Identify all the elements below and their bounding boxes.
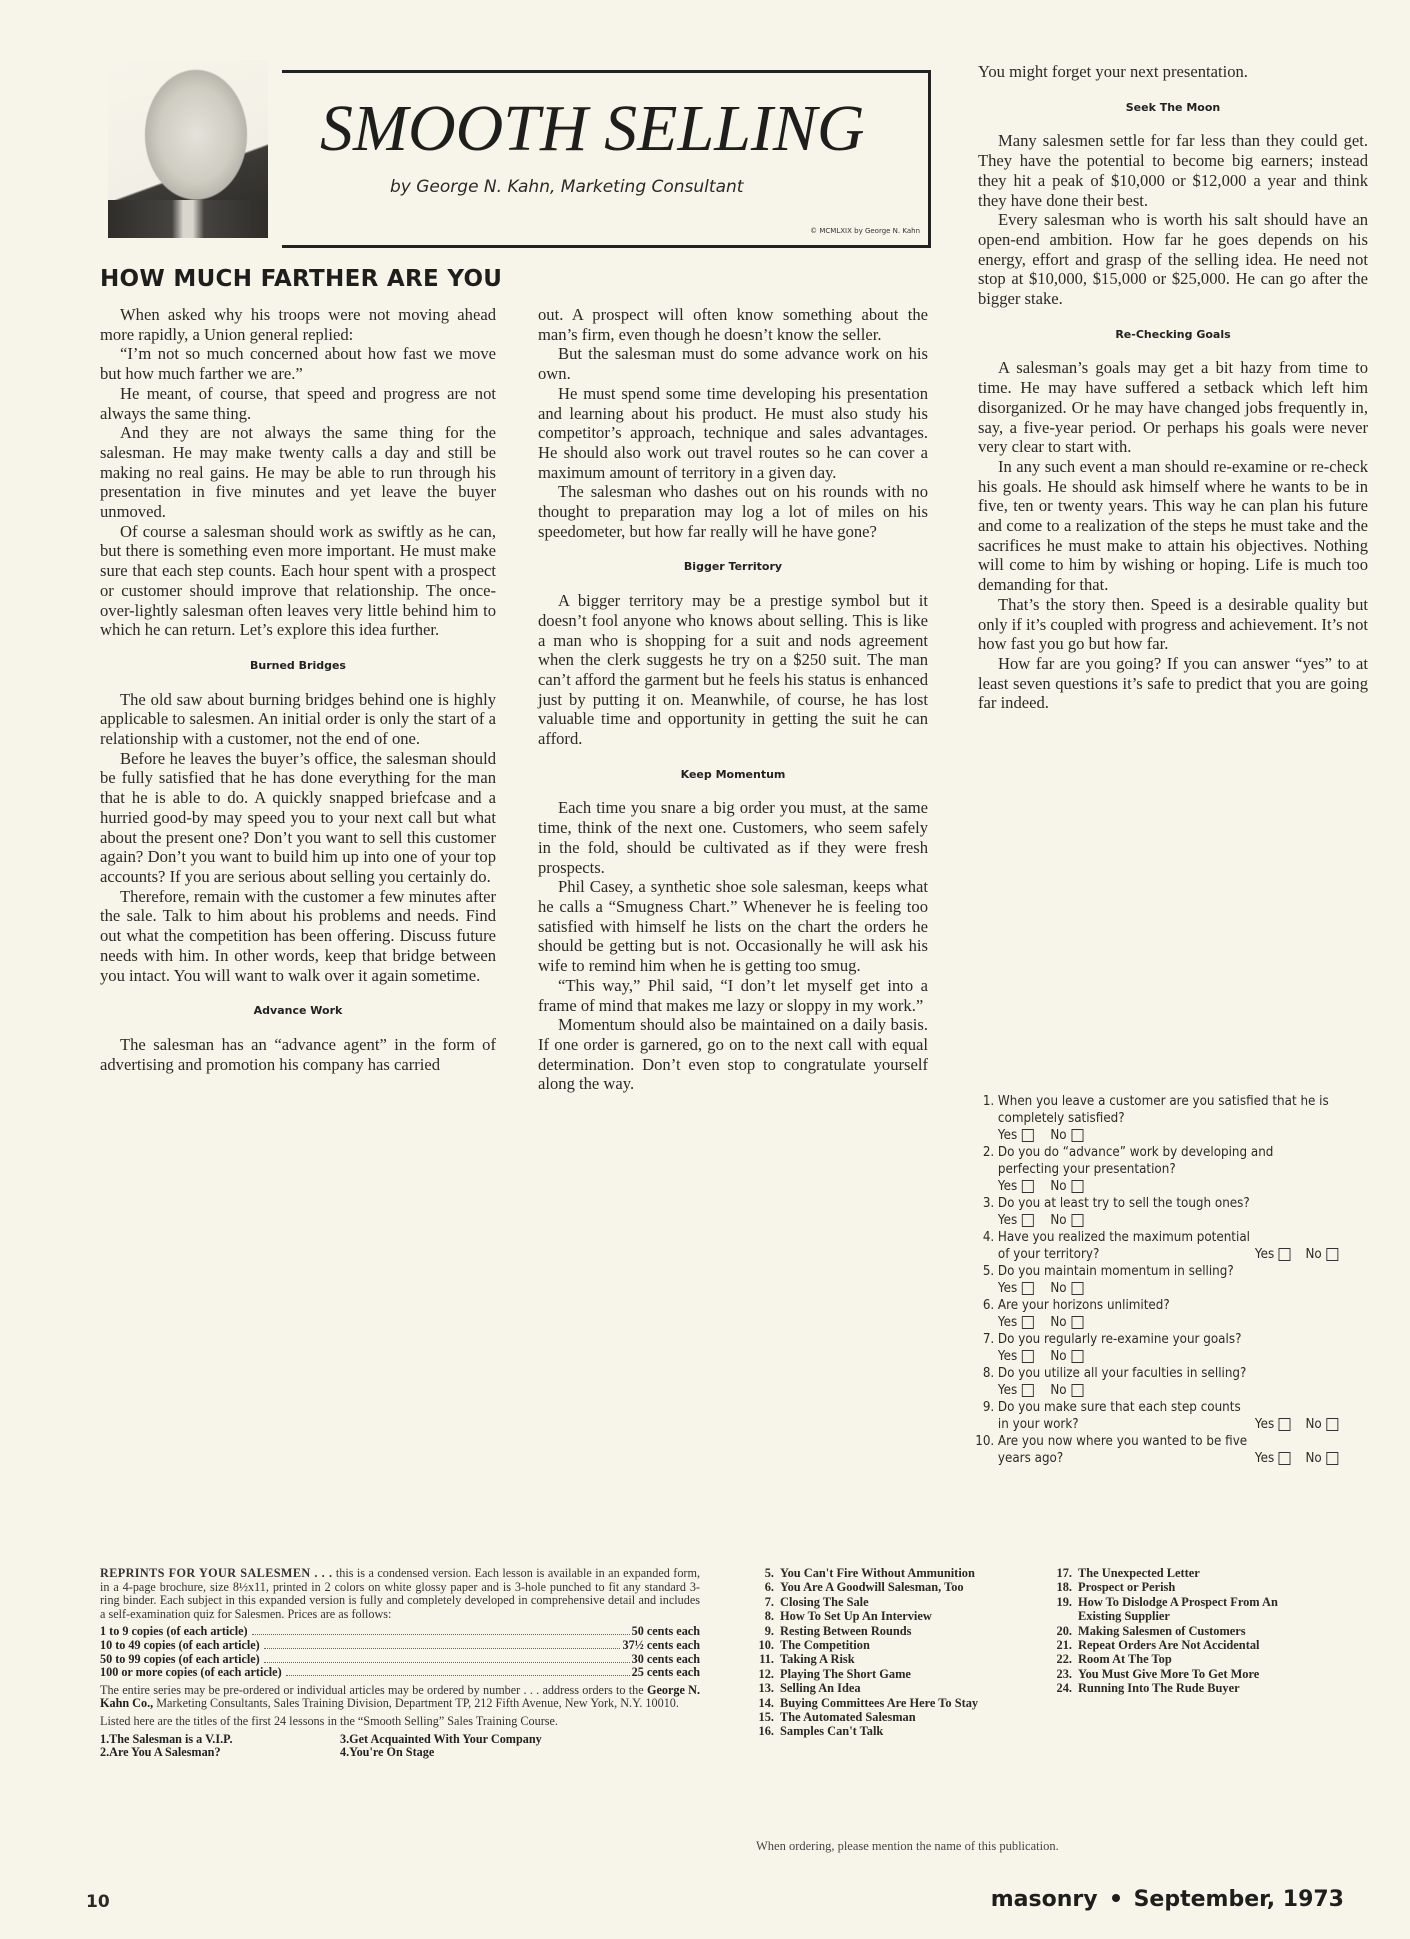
paragraph: Momentum should also be maintained on a … xyxy=(538,1015,928,1094)
yes-label: Yes xyxy=(998,1348,1017,1365)
lesson-title: The Salesman is a V.I.P. xyxy=(109,1732,232,1746)
paragraph: Many salesmen settle for far less than t… xyxy=(978,131,1368,210)
answer-row: YesNo xyxy=(998,1348,1338,1365)
publication-footer: masonrySeptember, 1973 xyxy=(991,1887,1344,1912)
no-label: No xyxy=(1050,1314,1066,1331)
lesson-title: You're On Stage xyxy=(349,1745,434,1759)
question-body: Do you at least try to sell the tough on… xyxy=(998,1195,1338,1229)
lesson-number: 20. xyxy=(1046,1624,1078,1638)
no-label: No xyxy=(1050,1382,1066,1399)
lesson-item: 14.Buying Committees Are Here To Stay xyxy=(748,1696,1008,1710)
question-text: Do you maintain momentum in selling? xyxy=(998,1263,1338,1280)
lesson-title: Get Acquainted With Your Company xyxy=(349,1732,542,1746)
paragraph: Every salesman who is worth his salt sho… xyxy=(978,210,1368,309)
paragraph: He meant, of course, that speed and prog… xyxy=(100,384,496,423)
lesson-number: 23. xyxy=(1046,1667,1078,1681)
dot-leader xyxy=(252,1634,630,1635)
lesson-number: 15. xyxy=(748,1710,780,1724)
lesson-number: 10. xyxy=(748,1638,780,1652)
yes-option: Yes xyxy=(1255,1450,1291,1467)
question-body: When you leave a customer are you satisf… xyxy=(998,1093,1338,1144)
lesson-title: You Must Give More To Get More xyxy=(1078,1667,1259,1681)
dot-leader xyxy=(264,1648,621,1649)
article-column-2: out. A prospect will often know somethin… xyxy=(538,305,928,1094)
question-body: Do you do “advance” work by developing a… xyxy=(998,1144,1338,1195)
price-row: 100 or more copies (of each article)25 c… xyxy=(100,1666,700,1680)
reprints-lead: REPRINTS FOR YOUR SALESMEN . . . xyxy=(100,1566,332,1580)
quantity-tier: 1 to 9 copies (of each article) xyxy=(100,1625,248,1639)
lessons-intro: Listed here are the titles of the first … xyxy=(100,1715,700,1729)
paragraph: Of course a salesman should work as swif… xyxy=(100,522,496,640)
lesson-title: The Competition xyxy=(780,1638,870,1652)
checkbox-no-q2[interactable] xyxy=(1071,1180,1083,1193)
section-heading: Burned Bridges xyxy=(100,656,496,676)
lesson-title: You Can't Fire Without Ammunition xyxy=(780,1566,975,1580)
checkbox-yes-q10[interactable] xyxy=(1279,1452,1291,1465)
lesson-number: 21. xyxy=(1046,1638,1078,1652)
no-option: No xyxy=(1050,1280,1083,1297)
answer-options: YesNo xyxy=(1255,1450,1338,1467)
checkbox-yes-q1[interactable] xyxy=(1022,1129,1034,1142)
yes-label: Yes xyxy=(998,1178,1017,1195)
answer-row: YesNo xyxy=(998,1280,1338,1297)
paragraph: A salesman’s goals may get a bit hazy fr… xyxy=(978,358,1368,457)
yes-option: Yes xyxy=(998,1127,1034,1144)
no-option: No xyxy=(1050,1382,1083,1399)
paragraph: “This way,” Phil said, “I don’t let myse… xyxy=(538,976,928,1015)
no-label: No xyxy=(1050,1178,1066,1195)
quantity-tier: 50 to 99 copies (of each article) xyxy=(100,1653,260,1667)
price-table: 1 to 9 copies (of each article)50 cents … xyxy=(100,1625,700,1679)
price-value: 30 cents each xyxy=(632,1653,700,1667)
question-text: in your work? xyxy=(998,1416,1079,1433)
paragraph: “I’m not so much concerned about how fas… xyxy=(100,344,496,383)
issue-date: September, 1973 xyxy=(1134,1887,1344,1912)
checkbox-no-q8[interactable] xyxy=(1071,1384,1083,1397)
question-body: Have you realized the maximum potentialo… xyxy=(998,1229,1338,1263)
checkbox-yes-q3[interactable] xyxy=(1022,1214,1034,1227)
question-text: Do you make sure that each step counts xyxy=(998,1399,1338,1416)
yes-label: Yes xyxy=(998,1382,1017,1399)
paragraph: You might forget your next presentation. xyxy=(978,62,1368,82)
checkbox-no-q4[interactable] xyxy=(1326,1248,1338,1261)
lesson-number: 18. xyxy=(1046,1580,1078,1594)
copyright-notice: © MCMLXIX by George N. Kahn xyxy=(810,227,920,235)
yes-label: Yes xyxy=(998,1280,1017,1297)
column-title: SMOOTH SELLING xyxy=(320,91,865,167)
yes-option: Yes xyxy=(998,1314,1034,1331)
paragraph: And they are not always the same thing f… xyxy=(100,423,496,522)
yes-option: Yes xyxy=(998,1348,1034,1365)
no-label: No xyxy=(1305,1246,1321,1263)
paragraph: In any such event a man should re-examin… xyxy=(978,457,1368,595)
lesson-number: 19. xyxy=(1046,1595,1078,1624)
yes-label: Yes xyxy=(1255,1450,1274,1467)
lesson-item: 11.Taking A Risk xyxy=(748,1652,1008,1666)
price-row: 50 to 99 copies (of each article)30 cent… xyxy=(100,1653,700,1667)
article-headline: HOW MUCH FARTHER ARE YOU xyxy=(100,266,502,292)
yes-option: Yes xyxy=(998,1280,1034,1297)
checkbox-yes-q9[interactable] xyxy=(1279,1418,1291,1431)
lesson-item: 9.Resting Between Rounds xyxy=(748,1624,1008,1638)
paragraph: Before he leaves the buyer’s office, the… xyxy=(100,749,496,887)
bullet-icon xyxy=(1112,1894,1120,1902)
question-number: 4. xyxy=(974,1229,998,1263)
ordering-note: When ordering, please mention the name o… xyxy=(756,1839,1059,1854)
question-body: Do you make sure that each step countsin… xyxy=(998,1399,1338,1433)
checkbox-yes-q7[interactable] xyxy=(1022,1350,1034,1363)
quiz-question: 4.Have you realized the maximum potentia… xyxy=(974,1229,1338,1263)
article-column-3: You might forget your next presentation.… xyxy=(978,62,1368,713)
yes-option: Yes xyxy=(1255,1246,1291,1263)
lesson-title: Room At The Top xyxy=(1078,1652,1172,1666)
quantity-tier: 100 or more copies (of each article) xyxy=(100,1666,282,1680)
no-label: No xyxy=(1305,1450,1321,1467)
no-option: No xyxy=(1305,1450,1338,1467)
section-heading: Bigger Territory xyxy=(538,557,928,577)
author-photo xyxy=(108,60,268,238)
lesson-item: 17.The Unexpected Letter xyxy=(1046,1566,1296,1580)
reprints-intro: REPRINTS FOR YOUR SALESMEN . . . this is… xyxy=(100,1567,700,1621)
paragraph: How far are you going? If you can answer… xyxy=(978,654,1368,713)
question-number: 6. xyxy=(974,1297,998,1331)
lesson-number: 9. xyxy=(748,1624,780,1638)
question-text: Have you realized the maximum potential xyxy=(998,1229,1338,1246)
yes-label: Yes xyxy=(998,1212,1017,1229)
quiz-question: 5.Do you maintain momentum in selling?Ye… xyxy=(974,1263,1338,1297)
answer-row: in your work?YesNo xyxy=(998,1416,1338,1433)
publication-name: masonry xyxy=(991,1887,1098,1912)
paragraph: out. A prospect will often know somethin… xyxy=(538,305,928,344)
lesson-number: 2. xyxy=(100,1745,109,1759)
lesson-number: 8. xyxy=(748,1609,780,1623)
yes-label: Yes xyxy=(1255,1246,1274,1263)
paragraph: Each time you snare a big order you must… xyxy=(538,798,928,877)
answer-options: YesNo xyxy=(1255,1246,1338,1263)
question-number: 8. xyxy=(974,1365,998,1399)
answer-row: YesNo xyxy=(998,1314,1338,1331)
lesson-title: You Are A Goodwill Salesman, Too xyxy=(780,1580,964,1594)
quiz-question: 7.Do you regularly re-examine your goals… xyxy=(974,1331,1338,1365)
checkbox-yes-q8[interactable] xyxy=(1022,1384,1034,1397)
quiz-question: 8.Do you utilize all your faculties in s… xyxy=(974,1365,1338,1399)
checkbox-yes-q6[interactable] xyxy=(1022,1316,1034,1329)
lesson-title: Running Into The Rude Buyer xyxy=(1078,1681,1240,1695)
lesson-number: 24. xyxy=(1046,1681,1078,1695)
lesson-item: 2.Are You A Salesman? xyxy=(100,1746,340,1760)
lesson-title: Are You A Salesman? xyxy=(109,1745,220,1759)
answer-row: YesNo xyxy=(998,1382,1338,1399)
question-text: Do you do “advance” work by developing a… xyxy=(998,1144,1338,1178)
paragraph: Phil Casey, a synthetic shoe sole salesm… xyxy=(538,877,928,976)
lesson-number: 11. xyxy=(748,1652,780,1666)
paragraph: The salesman who dashes out on his round… xyxy=(538,482,928,541)
lesson-item: 24.Running Into The Rude Buyer xyxy=(1046,1681,1296,1695)
lesson-title: Taking A Risk xyxy=(780,1652,855,1666)
masthead: SMOOTH SELLING by George N. Kahn, Market… xyxy=(282,70,931,248)
dot-leader xyxy=(264,1662,630,1663)
paragraph: When asked why his troops were not movin… xyxy=(100,305,496,344)
price-value: 25 cents each xyxy=(632,1666,700,1680)
quiz-question: 3.Do you at least try to sell the tough … xyxy=(974,1195,1338,1229)
lesson-number: 1. xyxy=(100,1732,109,1746)
lesson-list-5-16: 5.You Can't Fire Without Ammunition6.You… xyxy=(748,1566,1008,1739)
lesson-item: 18.Prospect or Perish xyxy=(1046,1580,1296,1594)
no-option: No xyxy=(1305,1416,1338,1433)
question-text: When you leave a customer are you satisf… xyxy=(998,1093,1338,1127)
question-body: Do you maintain momentum in selling?YesN… xyxy=(998,1263,1338,1297)
lesson-item: 10.The Competition xyxy=(748,1638,1008,1652)
quiz-question: 10.Are you now where you wanted to be fi… xyxy=(974,1433,1338,1467)
lesson-title: Prospect or Perish xyxy=(1078,1580,1175,1594)
section-heading: Advance Work xyxy=(100,1001,496,1021)
question-body: Are your horizons unlimited?YesNo xyxy=(998,1297,1338,1331)
lesson-number: 16. xyxy=(748,1724,780,1738)
lesson-item: 3.Get Acquainted With Your Company xyxy=(340,1733,700,1747)
question-body: Do you regularly re-examine your goals?Y… xyxy=(998,1331,1338,1365)
checkbox-yes-q5[interactable] xyxy=(1022,1282,1034,1295)
question-number: 10. xyxy=(974,1433,998,1467)
checkbox-no-q9[interactable] xyxy=(1326,1418,1338,1431)
quantity-tier: 10 to 49 copies (of each article) xyxy=(100,1639,260,1653)
yes-label: Yes xyxy=(998,1314,1017,1331)
no-option: No xyxy=(1050,1348,1083,1365)
lesson-number: 13. xyxy=(748,1681,780,1695)
quiz-question: 9.Do you make sure that each step counts… xyxy=(974,1399,1338,1433)
no-option: No xyxy=(1050,1127,1083,1144)
checkbox-yes-q4[interactable] xyxy=(1279,1248,1291,1261)
dot-leader xyxy=(286,1675,630,1676)
price-value: 50 cents each xyxy=(632,1625,700,1639)
lesson-title: Playing The Short Game xyxy=(780,1667,911,1681)
lesson-item: 5.You Can't Fire Without Ammunition xyxy=(748,1566,1008,1580)
question-number: 7. xyxy=(974,1331,998,1365)
no-option: No xyxy=(1305,1246,1338,1263)
question-text: Do you regularly re-examine your goals? xyxy=(998,1331,1338,1348)
lesson-item: 1.The Salesman is a V.I.P. xyxy=(100,1733,340,1747)
lesson-number: 7. xyxy=(748,1595,780,1609)
order-address: The entire series may be pre-ordered or … xyxy=(100,1684,700,1711)
answer-row: YesNo xyxy=(998,1178,1338,1195)
paragraph: Therefore, remain with the customer a fe… xyxy=(100,887,496,986)
lesson-item: 12.Playing The Short Game xyxy=(748,1667,1008,1681)
question-text: Are you now where you wanted to be five xyxy=(998,1433,1338,1450)
lesson-title: Resting Between Rounds xyxy=(780,1624,912,1638)
checkbox-yes-q2[interactable] xyxy=(1022,1180,1034,1193)
checkbox-no-q10[interactable] xyxy=(1326,1452,1338,1465)
paragraph: The salesman has an “advance agent” in t… xyxy=(100,1035,496,1074)
no-option: No xyxy=(1050,1212,1083,1229)
quiz-question: 1.When you leave a customer are you sati… xyxy=(974,1093,1338,1144)
question-text: of your territory? xyxy=(998,1246,1099,1263)
lesson-title: Selling An Idea xyxy=(780,1681,861,1695)
section-heading: Seek The Moon xyxy=(978,98,1368,118)
lesson-number: 6. xyxy=(748,1580,780,1594)
checkbox-no-q1[interactable] xyxy=(1071,1129,1083,1142)
paragraph: He must spend some time developing his p… xyxy=(538,384,928,483)
lesson-number: 3. xyxy=(340,1732,349,1746)
section-heading: Keep Momentum xyxy=(538,765,928,785)
question-text: Do you utilize all your faculties in sel… xyxy=(998,1365,1338,1382)
lesson-title: Samples Can't Talk xyxy=(780,1724,883,1738)
lesson-item: 7.Closing The Sale xyxy=(748,1595,1008,1609)
lesson-title: How To Set Up An Interview xyxy=(780,1609,932,1623)
page-number: 10 xyxy=(86,1892,110,1912)
answer-row: years ago?YesNo xyxy=(998,1450,1338,1467)
no-label: No xyxy=(1050,1348,1066,1365)
lesson-item: 15.The Automated Salesman xyxy=(748,1710,1008,1724)
price-row: 10 to 49 copies (of each article)37½ cen… xyxy=(100,1639,700,1653)
lesson-number: 17. xyxy=(1046,1566,1078,1580)
question-body: Do you utilize all your faculties in sel… xyxy=(998,1365,1338,1399)
self-quiz: 1.When you leave a customer are you sati… xyxy=(974,1093,1338,1467)
lesson-item: 19.How To Dislodge A Prospect From An Ex… xyxy=(1046,1595,1296,1624)
answer-row: YesNo xyxy=(998,1212,1338,1229)
answer-row: YesNo xyxy=(998,1127,1338,1144)
lesson-title: Closing The Sale xyxy=(780,1595,869,1609)
quiz-question: 6.Are your horizons unlimited?YesNo xyxy=(974,1297,1338,1331)
yes-label: Yes xyxy=(1255,1416,1274,1433)
no-option: No xyxy=(1050,1314,1083,1331)
question-number: 1. xyxy=(974,1093,998,1144)
checkbox-no-q6[interactable] xyxy=(1071,1316,1083,1329)
lesson-item: 20.Making Salesmen of Customers xyxy=(1046,1624,1296,1638)
lesson-list-17-24: 17.The Unexpected Letter18.Prospect or P… xyxy=(1046,1566,1296,1696)
question-text: years ago? xyxy=(998,1450,1063,1467)
yes-option: Yes xyxy=(998,1178,1034,1195)
byline: by George N. Kahn, Marketing Consultant xyxy=(390,177,743,197)
paragraph: The old saw about burning bridges behind… xyxy=(100,690,496,749)
author-photo-suit xyxy=(108,200,268,238)
checkbox-no-q5[interactable] xyxy=(1071,1282,1083,1295)
paragraph: A bigger territory may be a prestige sym… xyxy=(538,591,928,749)
lesson-number: 14. xyxy=(748,1696,780,1710)
answer-row: of your territory?YesNo xyxy=(998,1246,1338,1263)
lesson-title: The Unexpected Letter xyxy=(1078,1566,1200,1580)
price-value: 37½ cents each xyxy=(622,1639,700,1653)
yes-option: Yes xyxy=(998,1212,1034,1229)
no-label: No xyxy=(1050,1280,1066,1297)
lesson-list-1-4: 1.The Salesman is a V.I.P.3.Get Acquaint… xyxy=(100,1733,700,1760)
reprints-box: REPRINTS FOR YOUR SALESMEN . . . this is… xyxy=(100,1567,700,1760)
question-number: 9. xyxy=(974,1399,998,1433)
price-row: 1 to 9 copies (of each article)50 cents … xyxy=(100,1625,700,1639)
lesson-title: Repeat Orders Are Not Accidental xyxy=(1078,1638,1259,1652)
lesson-title: How To Dislodge A Prospect From An Exist… xyxy=(1078,1595,1296,1624)
checkbox-no-q3[interactable] xyxy=(1071,1214,1083,1227)
no-label: No xyxy=(1305,1416,1321,1433)
lesson-number: 22. xyxy=(1046,1652,1078,1666)
lesson-item: 8.How To Set Up An Interview xyxy=(748,1609,1008,1623)
section-heading: Re-Checking Goals xyxy=(978,325,1368,345)
article-column-1: When asked why his troops were not movin… xyxy=(100,305,496,1074)
paragraph: But the salesman must do some advance wo… xyxy=(538,344,928,383)
yes-label: Yes xyxy=(998,1127,1017,1144)
lesson-item: 23.You Must Give More To Get More xyxy=(1046,1667,1296,1681)
no-option: No xyxy=(1050,1178,1083,1195)
answer-options: YesNo xyxy=(1255,1416,1338,1433)
lesson-item: 13.Selling An Idea xyxy=(748,1681,1008,1695)
lesson-item: 4.You're On Stage xyxy=(340,1746,700,1760)
no-label: No xyxy=(1050,1212,1066,1229)
lesson-title: The Automated Salesman xyxy=(780,1710,916,1724)
lesson-item: 21.Repeat Orders Are Not Accidental xyxy=(1046,1638,1296,1652)
lesson-number: 12. xyxy=(748,1667,780,1681)
lesson-item: 6.You Are A Goodwill Salesman, Too xyxy=(748,1580,1008,1594)
yes-option: Yes xyxy=(998,1382,1034,1399)
question-number: 5. xyxy=(974,1263,998,1297)
lesson-number: 5. xyxy=(748,1566,780,1580)
lesson-number: 4. xyxy=(340,1745,349,1759)
paragraph: That’s the story then. Speed is a desira… xyxy=(978,595,1368,654)
question-text: Do you at least try to sell the tough on… xyxy=(998,1195,1338,1212)
yes-option: Yes xyxy=(1255,1416,1291,1433)
lesson-title: Buying Committees Are Here To Stay xyxy=(780,1696,978,1710)
lesson-item: 22.Room At The Top xyxy=(1046,1652,1296,1666)
checkbox-no-q7[interactable] xyxy=(1071,1350,1083,1363)
quiz-question: 2.Do you do “advance” work by developing… xyxy=(974,1144,1338,1195)
no-label: No xyxy=(1050,1127,1066,1144)
lesson-item: 16.Samples Can't Talk xyxy=(748,1724,1008,1738)
question-text: Are your horizons unlimited? xyxy=(998,1297,1338,1314)
lesson-title: Making Salesmen of Customers xyxy=(1078,1624,1246,1638)
question-number: 2. xyxy=(974,1144,998,1195)
question-number: 3. xyxy=(974,1195,998,1229)
question-body: Are you now where you wanted to be fivey… xyxy=(998,1433,1338,1467)
